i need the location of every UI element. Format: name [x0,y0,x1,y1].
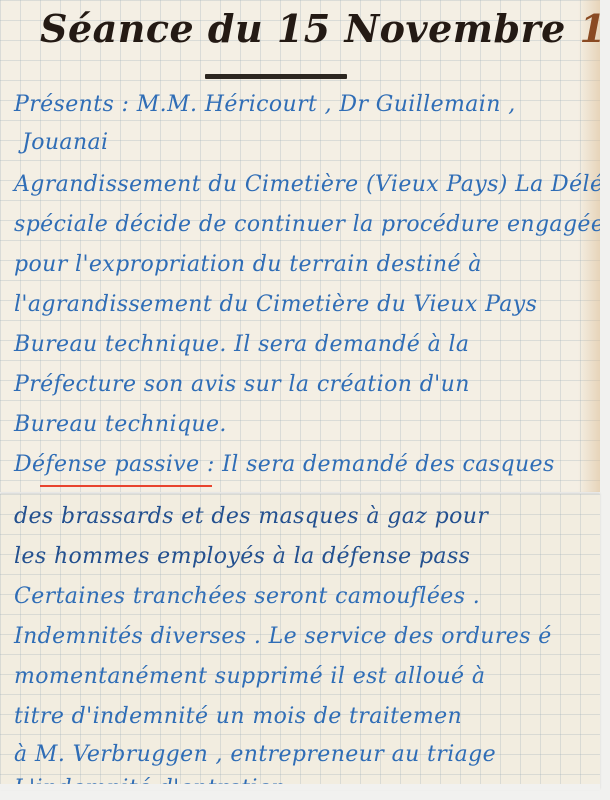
page-title: Séance du 15 Novembre 1939 [40,6,600,51]
defense-heading-underline [40,485,212,487]
body-line: à M. Verbruggen , entrepreneur au triage [14,742,496,767]
body-line: spéciale décide de continuer la procédur… [14,212,600,237]
body-line: l'agrandissement du Cimetière du Vieux P… [14,292,537,317]
attendees-line: Présents : M.M. Héricourt , Dr Guillemai… [14,92,516,117]
body-line: des brassards et des masques à gaz pour [14,504,488,529]
notebook-page-bottom: des brassards et des masques à gaz pour … [0,494,600,790]
indemnities-heading-line: Indemnités diverses . Le service des ord… [14,624,552,649]
body-line: momentanément supprimé il est alloué à [14,664,485,689]
defense-line-text: : Il sera demandé des casques [200,452,555,477]
bureau-heading-line: Bureau technique. Il sera demandé à la [14,332,469,357]
body-line: Bureau technique. [14,412,227,437]
body-line: titre d'indemnité un mois de traitemen [14,704,462,729]
attendees-line-continued: Jouanai [22,130,108,155]
page-edge-shadow [578,0,600,492]
notebook-page-top: Séance du 15 Novembre 1939 Présents : M.… [0,0,600,492]
defense-heading: Défense passive [14,452,200,477]
cemetery-heading-line: Agrandissement du Cimetière (Vieux Pays)… [14,172,600,197]
title-underline [205,74,347,79]
body-line: pour l'expropriation du terrain destiné … [14,252,482,277]
defense-line: Défense passive : Il sera demandé des ca… [14,452,555,477]
body-line: les hommes employés à la défense pass [14,544,470,569]
title-year: 1939 [580,6,601,51]
body-line: Préfecture son avis sur la création d'un [14,372,470,397]
page-cutoff [0,784,600,790]
title-text: Séance du 15 Novembre [40,6,566,51]
body-line: Certaines tranchées seront camouflées . [14,584,480,609]
